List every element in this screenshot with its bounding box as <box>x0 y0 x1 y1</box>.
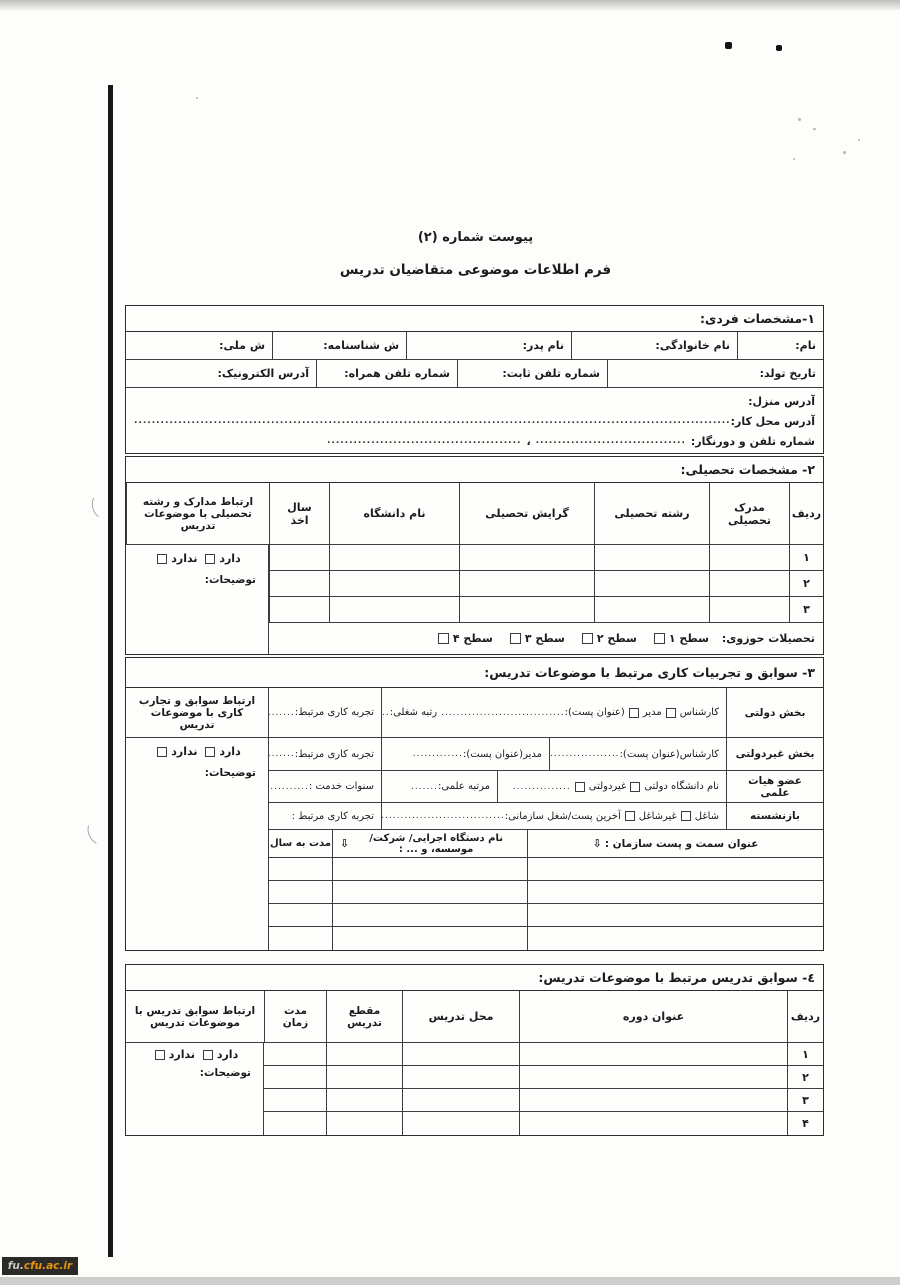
row-number: ۳ <box>789 597 823 622</box>
public-sector-label: بخش دولتی <box>726 688 823 737</box>
level-cell[interactable] <box>326 1066 402 1088</box>
pencil-speck <box>196 97 198 99</box>
position-cell[interactable] <box>527 904 823 926</box>
organization-label: نام دستگاه اجرایی/ شرکت/موسسه، و ... : <box>352 833 520 855</box>
col-year-obtained: سال اخذ <box>269 483 329 544</box>
work-relation-header: ارتباط سوابق و تجارب کاری با موضوعات تدر… <box>126 688 268 738</box>
academic-rank-dotted[interactable]: ....... <box>411 782 438 792</box>
down-arrow-icon: ⇩ <box>340 837 349 850</box>
col-row-number: ردیف <box>787 991 823 1042</box>
education-row-1: ۱ <box>269 545 823 571</box>
retired-label: بازنشسته <box>726 803 823 829</box>
duration-cell[interactable] <box>264 1066 326 1088</box>
university-cell[interactable] <box>329 597 459 622</box>
service-years-cell[interactable]: سنوات خدمت : .............. <box>269 771 381 802</box>
col-relation-to-teaching: ارتباط مدارک و رشته تحصیلی با موضوعات تد… <box>126 483 269 544</box>
col-position-title: عنوان سمت و پست سازمان : ⇩ <box>527 830 823 857</box>
notes-field[interactable]: توضیحات: <box>126 574 268 586</box>
fax-dotted-line[interactable]: ........................................… <box>327 436 521 446</box>
service-years-label: سنوات خدمت : <box>309 781 374 792</box>
row-number: ۲ <box>789 571 823 596</box>
section-work-experience: ۳- سوابق و تجربیات کاری مرتبط با موضوعات… <box>125 657 824 951</box>
level-cell[interactable] <box>326 1089 402 1111</box>
position-cell[interactable] <box>527 927 823 950</box>
section-teaching-records: ٤- سوابق تدریس مرتبط با موضوعات تدریس: ر… <box>125 964 824 1136</box>
section4-title: ٤- سوابق تدریس مرتبط با موضوعات تدریس: <box>126 965 823 991</box>
scan-binding-line <box>108 85 113 1257</box>
has-label: دارد <box>219 552 240 565</box>
work-experience-rows: بخش دولتی کارشناس مدیر (عنوان پست): ....… <box>269 688 823 950</box>
watermark-domain: cfu.ac.ir <box>24 1260 72 1272</box>
employed-label: شاغل <box>695 811 719 822</box>
private-sector-row: بخش غیردولتی کارشناس(عنوان پست): .......… <box>269 738 823 771</box>
hawza-label: تحصیلات حوزوی: <box>722 632 815 645</box>
ink-dot <box>725 42 732 49</box>
has-label: دارد <box>219 745 240 758</box>
related-exp-label: تجربه کاری مرتبط: <box>295 749 374 760</box>
faculty-member-label: عضو هیات علمی <box>726 771 823 802</box>
education-body: ۱ ۲ ۳ <box>126 545 823 654</box>
expert-checkbox[interactable] <box>666 708 676 718</box>
hawza-level-2: سطح ۲ <box>578 632 637 645</box>
education-header-row: ردیف مدرک تحصیلی رشته تحصیلی گرایش تحصیل… <box>126 483 823 545</box>
position-title-label: عنوان سمت و پست سازمان : <box>605 838 759 850</box>
home-address-field[interactable]: آدرس منزل: <box>134 391 815 411</box>
post-title-dotted[interactable]: ................................ <box>441 708 565 718</box>
academic-rank-label: مرتبه علمی: <box>438 781 490 792</box>
has-checkbox[interactable] <box>205 554 215 564</box>
manager-checkbox[interactable] <box>629 708 639 718</box>
pencil-speck <box>813 128 816 130</box>
home-address-label: آدرس منزل: <box>748 395 815 408</box>
pencil-speck <box>793 158 795 160</box>
education-relation-body: دارد ندارد توضیحات: <box>126 545 268 654</box>
section2-title: ۲- مشخصات تحصیلی: <box>126 457 823 483</box>
form-title: فرم اطلاعات موضوعی متقاضیان تدریس <box>127 262 824 278</box>
hawza-level-1: سطح ۱ <box>650 632 709 645</box>
last-post-dotted[interactable]: ...................................... <box>381 811 505 821</box>
col-field-of-study: رشته تحصیلی <box>594 483 709 544</box>
work-history-header-row: عنوان سمت و پست سازمان : ⇩ نام دستگاه اج… <box>269 830 823 858</box>
down-arrow-icon: ⇩ <box>593 837 602 850</box>
col-teaching-level: مقطع تدریس <box>326 991 402 1042</box>
row-number: ۱ <box>789 545 823 570</box>
teaching-row-2: ۲ <box>264 1066 823 1089</box>
section-personal-info: ۱-مشخصات فردی: نام: نام خانوادگی: نام پد… <box>125 305 824 454</box>
field-cell[interactable] <box>594 571 709 596</box>
has-relation-choice: دارد ندارد <box>126 552 268 565</box>
education-rows: ۱ ۲ ۳ <box>269 545 823 654</box>
phone-dotted-line[interactable]: .................................. <box>536 436 686 446</box>
public-sector-detail[interactable]: کارشناس مدیر (عنوان پست): ..............… <box>381 688 726 737</box>
phone-fax-field[interactable]: شماره تلفن و دورنگار: ..................… <box>134 431 815 451</box>
orientation-cell[interactable] <box>459 597 594 622</box>
public-related-experience[interactable]: تجربه کاری مرتبط: ........ <box>269 688 381 737</box>
application-form: ۱-مشخصات فردی: نام: نام خانوادگی: نام پد… <box>127 305 824 1136</box>
teaching-row-3: ۳ <box>264 1089 823 1112</box>
private-manager-label: مدیر(عنوان پست): <box>463 749 542 760</box>
work-history-row <box>269 904 823 927</box>
academic-rank-cell[interactable]: مرتبه علمی: ....... <box>381 771 497 802</box>
field-cell[interactable] <box>594 597 709 622</box>
teaching-relation-body: دارد ندارد توضیحات: <box>126 1043 263 1135</box>
year-cell[interactable] <box>269 597 329 622</box>
hawza-level-4-checkbox[interactable] <box>438 633 449 644</box>
separator-comma: ، <box>526 435 530 448</box>
has-not-label: ندارد <box>171 552 197 565</box>
duration-cell[interactable] <box>264 1043 326 1065</box>
retired-row: بازنشسته شاغل غیرشاغل آخرین پست/شغل سازم… <box>269 803 823 830</box>
section3-title: ۳- سوابق و تجربیات کاری مرتبط با موضوعات… <box>126 658 823 688</box>
col-duration-years: مدت به سال <box>269 830 332 857</box>
unemployed-checkbox[interactable] <box>625 811 635 821</box>
duration-cell[interactable] <box>269 881 332 903</box>
orientation-cell[interactable] <box>459 571 594 596</box>
has-not-label: ندارد <box>169 1048 195 1061</box>
work-history-row <box>269 927 823 950</box>
university-private-label: غیردولتی <box>589 781 626 792</box>
course-cell[interactable] <box>519 1112 787 1135</box>
col-university: نام دانشگاه <box>329 483 459 544</box>
degree-cell[interactable] <box>709 545 789 570</box>
work-history-row <box>269 881 823 904</box>
hawza-level-2-label: سطح ۲ <box>597 632 637 645</box>
family-name-field[interactable]: نام خانوادگی: <box>571 332 737 359</box>
document-titles: پیوست شماره (۲) فرم اطلاعات موضوعی متقاض… <box>127 230 824 278</box>
phone-fax-label: شماره تلفن و دورنگار: <box>691 435 815 448</box>
email-field[interactable]: آدرس الکترونیک: <box>126 360 316 387</box>
teaching-rows: ۱ ۲ ۳ <box>264 1043 823 1135</box>
scan-edge-bottom <box>0 1277 900 1285</box>
place-cell[interactable] <box>402 1066 519 1088</box>
has-not-checkbox[interactable] <box>157 747 167 757</box>
national-id-field[interactable]: ش ملی: <box>126 332 272 359</box>
col-relation-to-teaching: ارتباط سوابق تدریس با موضوعات تدریس <box>126 991 264 1042</box>
place-cell[interactable] <box>402 1112 519 1135</box>
col-orientation: گرایش تحصیلی <box>459 483 594 544</box>
hawza-level-3-checkbox[interactable] <box>510 633 521 644</box>
row-number: ۱ <box>787 1043 823 1065</box>
col-degree: مدرک تحصیلی <box>709 483 789 544</box>
job-rank-label: رتبه شغلی: <box>390 707 437 718</box>
col-row-number: ردیف <box>789 483 823 544</box>
retired-detail[interactable]: شاغل غیرشاغل آخرین پست/شغل سازمانی: ....… <box>381 803 726 829</box>
teaching-relation-cell: دارد ندارد توضیحات: <box>126 1043 264 1135</box>
course-cell[interactable] <box>519 1043 787 1065</box>
university-cell[interactable] <box>329 571 459 596</box>
col-teaching-place: محل تدریس <box>402 991 519 1042</box>
work-address-field[interactable]: آدرس محل کار: ..........................… <box>134 411 815 431</box>
address-block: آدرس منزل: آدرس محل کار: ...............… <box>126 388 823 453</box>
row-number: ۴ <box>787 1112 823 1135</box>
expert-label: کارشناس <box>680 707 719 718</box>
scan-edge-top <box>0 0 900 10</box>
pencil-speck <box>798 118 801 121</box>
degree-cell[interactable] <box>709 597 789 622</box>
duration-cell[interactable] <box>264 1089 326 1111</box>
position-cell[interactable] <box>527 881 823 903</box>
private-expert-dotted[interactable]: ...................... <box>549 749 620 759</box>
place-cell[interactable] <box>402 1043 519 1065</box>
organization-cell[interactable] <box>332 927 527 950</box>
col-organization: نام دستگاه اجرایی/ شرکت/موسسه، و ... : ⇩ <box>332 830 527 857</box>
personal-row-1: نام: نام خانوادگی: نام پدر: ش شناسنامه: … <box>126 332 823 360</box>
education-row-3: ۳ <box>269 597 823 623</box>
scanned-form-page: { "page": { "title_line1": "پیوست شماره … <box>0 0 900 1285</box>
hawza-level-1-checkbox[interactable] <box>654 633 665 644</box>
teaching-row-1: ۱ <box>264 1043 823 1066</box>
name-field[interactable]: نام: <box>737 332 823 359</box>
public-sector-row: بخش دولتی کارشناس مدیر (عنوان پست): ....… <box>269 688 823 738</box>
hawza-level-3-label: سطح ۳ <box>525 632 565 645</box>
work-address-label: آدرس محل کار: <box>731 415 815 428</box>
notes-field[interactable]: توضیحات: <box>126 1067 263 1079</box>
mobile-field[interactable]: شماره تلفن همراه: <box>316 360 457 387</box>
has-relation-choice: دارد ندارد <box>126 1048 263 1061</box>
personal-row-2: تاریخ تولد: شماره تلفن ثابت: شماره تلفن … <box>126 360 823 388</box>
organization-cell[interactable] <box>332 858 527 880</box>
id-number-field[interactable]: ش شناسنامه: <box>272 332 406 359</box>
place-cell[interactable] <box>402 1089 519 1111</box>
duration-cell[interactable] <box>269 858 332 880</box>
year-cell[interactable] <box>269 545 329 570</box>
work-history-row <box>269 858 823 881</box>
course-cell[interactable] <box>519 1066 787 1088</box>
teaching-body: ۱ ۲ ۳ <box>126 1043 823 1135</box>
work-address-dotted-line[interactable]: ........................................… <box>134 416 731 426</box>
university-url-watermark: fu.cfu.ac.ir <box>2 1257 78 1275</box>
faculty-member-row: عضو هیات علمی نام دانشگاه دولتی غیردولتی… <box>269 771 823 803</box>
education-row-2: ۲ <box>269 571 823 597</box>
unemployed-label: غیرشاغل <box>639 811 677 822</box>
teaching-header-row: ردیف عنوان دوره محل تدریس مقطع تدریس مدت… <box>126 991 823 1043</box>
field-cell[interactable] <box>594 545 709 570</box>
level-cell[interactable] <box>326 1112 402 1135</box>
teaching-row-4: ۴ <box>264 1112 823 1135</box>
related-exp-label: تجربه کاری مرتبط : <box>292 811 374 822</box>
related-exp-dotted[interactable]: ........ <box>269 708 295 718</box>
work-relation-body: دارد ندارد توضیحات: <box>126 738 268 950</box>
level-cell[interactable] <box>326 1043 402 1065</box>
pencil-speck <box>843 151 846 154</box>
ink-dot <box>776 45 782 51</box>
section1-title: ۱-مشخصات فردی: <box>126 306 823 332</box>
has-label: دارد <box>217 1048 238 1061</box>
landline-field[interactable]: شماره تلفن ثابت: <box>457 360 607 387</box>
private-expert-cell[interactable]: کارشناس(عنوان پست): ....................… <box>549 738 726 770</box>
hawza-level-3: سطح ۳ <box>506 632 565 645</box>
col-course-title: عنوان دوره <box>519 991 787 1042</box>
section-education: ۲- مشخصات تحصیلی: ردیف مدرک تحصیلی رشته … <box>125 456 824 655</box>
course-cell[interactable] <box>519 1089 787 1111</box>
watermark-prefix: fu. <box>8 1260 24 1272</box>
university-public-label: نام دانشگاه دولتی <box>644 781 719 792</box>
notes-field[interactable]: توضیحات: <box>126 767 268 779</box>
university-dotted[interactable]: ............... <box>513 782 571 792</box>
private-manager-cell[interactable]: مدیر(عنوان پست): ............. <box>381 738 549 770</box>
has-not-checkbox[interactable] <box>157 554 167 564</box>
faculty-university-cell[interactable]: نام دانشگاه دولتی غیردولتی .............… <box>497 771 726 802</box>
appendix-title: پیوست شماره (۲) <box>127 230 824 245</box>
work-experience-body: بخش دولتی کارشناس مدیر (عنوان پست): ....… <box>126 688 823 950</box>
has-relation-choice: دارد ندارد <box>126 745 268 758</box>
university-private-checkbox[interactable] <box>575 782 585 792</box>
hawza-level-4-label: سطح ۴ <box>453 632 493 645</box>
work-relation-cell: ارتباط سوابق و تجارب کاری با موضوعات تدر… <box>126 688 269 950</box>
private-related-experience[interactable]: تجربه کاری مرتبط: ......... <box>269 738 381 770</box>
related-exp-label: تجربه کاری مرتبط: <box>295 707 374 718</box>
duration-cell[interactable] <box>269 904 332 926</box>
has-checkbox[interactable] <box>205 747 215 757</box>
organization-cell[interactable] <box>332 904 527 926</box>
duration-cell[interactable] <box>264 1112 326 1135</box>
has-not-checkbox[interactable] <box>155 1050 165 1060</box>
manager-label: مدیر <box>643 707 662 718</box>
employed-checkbox[interactable] <box>681 811 691 821</box>
retired-related-experience[interactable]: تجربه کاری مرتبط : <box>269 803 381 829</box>
year-cell[interactable] <box>269 571 329 596</box>
degree-cell[interactable] <box>709 571 789 596</box>
hawza-level-2-checkbox[interactable] <box>582 633 593 644</box>
has-not-label: ندارد <box>171 745 197 758</box>
orientation-cell[interactable] <box>459 545 594 570</box>
service-years-dotted[interactable]: .............. <box>269 782 309 792</box>
row-number: ۲ <box>787 1066 823 1088</box>
private-manager-dotted[interactable]: ............. <box>413 749 463 759</box>
private-expert-label: کارشناس(عنوان پست): <box>620 749 719 760</box>
father-name-field[interactable]: نام پدر: <box>406 332 571 359</box>
job-rank-dotted[interactable]: .......... <box>381 708 390 718</box>
university-public-checkbox[interactable] <box>630 782 640 792</box>
has-checkbox[interactable] <box>203 1050 213 1060</box>
hawza-level-4: سطح ۴ <box>434 632 493 645</box>
row-number: ۳ <box>787 1089 823 1111</box>
post-title-label: (عنوان پست): <box>565 707 625 718</box>
duration-cell[interactable] <box>269 927 332 950</box>
organization-cell[interactable] <box>332 881 527 903</box>
related-exp-dotted[interactable]: ......... <box>269 749 295 759</box>
university-cell[interactable] <box>329 545 459 570</box>
last-post-label: آخرین پست/شغل سازمانی: <box>505 811 621 822</box>
col-duration: مدت زمان <box>264 991 326 1042</box>
hawza-education-row: تحصیلات حوزوی: سطح ۱ سطح ۲ سطح ۳ سطح ۴ <box>269 623 823 654</box>
position-cell[interactable] <box>527 858 823 880</box>
birth-date-field[interactable]: تاریخ تولد: <box>607 360 823 387</box>
education-relation-cell: دارد ندارد توضیحات: <box>126 545 269 654</box>
private-sector-label: بخش غیردولتی <box>726 738 823 770</box>
hawza-level-1-label: سطح ۱ <box>669 632 709 645</box>
pencil-speck <box>858 139 860 141</box>
